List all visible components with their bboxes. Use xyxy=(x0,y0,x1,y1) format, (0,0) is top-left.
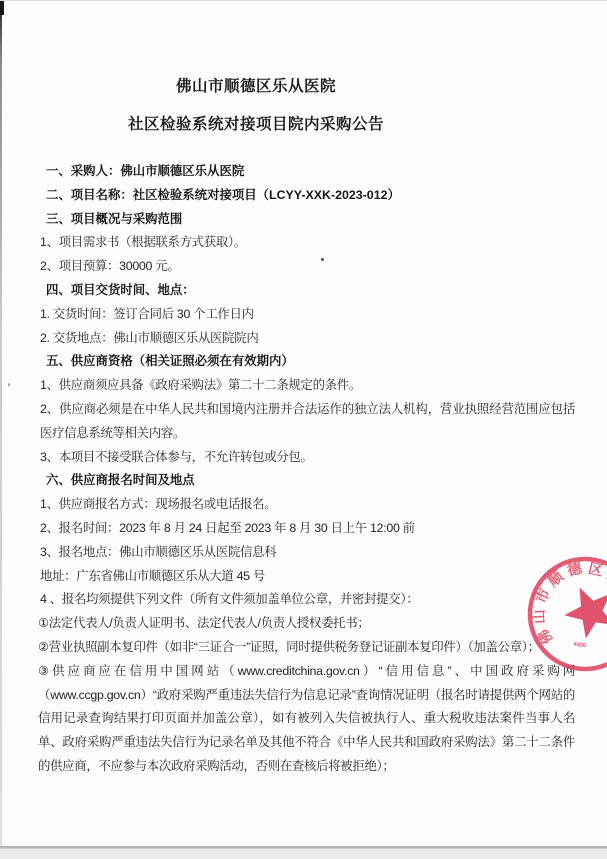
scan-edge-left xyxy=(0,0,2,859)
document-page: 佛山市顺德区乐从医院 社区检验系统对接项目院内采购公告 一、采购人：佛山市顺德区… xyxy=(0,0,607,859)
document-line: ③供应商应在信用中国网站（www.creditchina.gov.cn）“信用信… xyxy=(38,660,575,779)
document-line: 3、报名地点：佛山市顺德区乐从医院信息科 xyxy=(38,541,575,565)
document-line: 2. 交货地点：佛山市顺德区乐从医院院内 xyxy=(38,327,575,351)
section-heading-1: 一、采购人：佛山市顺德区乐从医院 xyxy=(38,160,575,184)
scan-edge-bottom xyxy=(0,846,607,859)
title-line-2: 社区检验系统对接项目院内采购公告 xyxy=(38,106,474,144)
document-line: 2、供应商必须是在中华人民共和国境内注册并合法运作的独立法人机构，营业执照经营范… xyxy=(38,398,575,446)
document-line: 2、项目预算：30000 元。 xyxy=(38,255,575,279)
section-heading-6: 六、供应商报名时间及地点 xyxy=(38,469,575,493)
document-line: 1. 交货时间：签订合同后 30 个工作日内 xyxy=(38,303,575,327)
section-heading-2: 二、项目名称：社区检验系统对接项目（LCYY-XXK-2023-012） xyxy=(38,184,575,208)
document-line: 4 、报名均须提供下列文件（所有文件须加盖单位公章，并密封提交）： xyxy=(38,588,575,612)
section-heading-3: 三、项目概况与采购范围 xyxy=(38,208,575,232)
title-line-1: 佛山市顺德区乐从医院 xyxy=(38,68,474,106)
document-line: 2、报名时间：2023 年 8 月 24 日起至 2023 年 8 月 30 日… xyxy=(38,517,575,541)
scan-speck xyxy=(321,258,324,261)
section-heading-4: 四、项目交货时间、地点： xyxy=(38,279,575,303)
document-line: 3、本项目不接受联合体参与，不允许转包或分包。 xyxy=(38,446,575,470)
document-line: ②营业执照副本复印件（如非“三证合一”证照，同时提供税务登记证副本复印件）（加盖… xyxy=(38,636,575,660)
section-heading-5: 五、供应商资格（相关证照必须在有效期内） xyxy=(38,350,575,374)
document-line: 地址：广东省佛山市顺德区乐从大道 45 号 xyxy=(38,565,575,589)
document-line: 1、供应商须应具备《政府采购法》第二十二条规定的条件。 xyxy=(38,374,575,398)
document-line: 1、项目需求书（根据联系方式获取）。 xyxy=(38,231,575,255)
document-title: 佛山市顺德区乐从医院 社区检验系统对接项目院内采购公告 xyxy=(38,68,474,144)
scan-speck xyxy=(8,383,10,386)
document-line: 1、供应商报名方式：现场报名或电话报名。 xyxy=(38,493,575,517)
scan-edge-top xyxy=(0,0,607,1)
document-line: ①法定代表人/负责人证明书、法定代表人/负责人授权委托书； xyxy=(38,612,575,636)
document-body: 佛山市顺德区乐从医院 社区检验系统对接项目院内采购公告 一、采购人：佛山市顺德区… xyxy=(38,68,575,779)
scan-corner-mark xyxy=(0,0,4,15)
